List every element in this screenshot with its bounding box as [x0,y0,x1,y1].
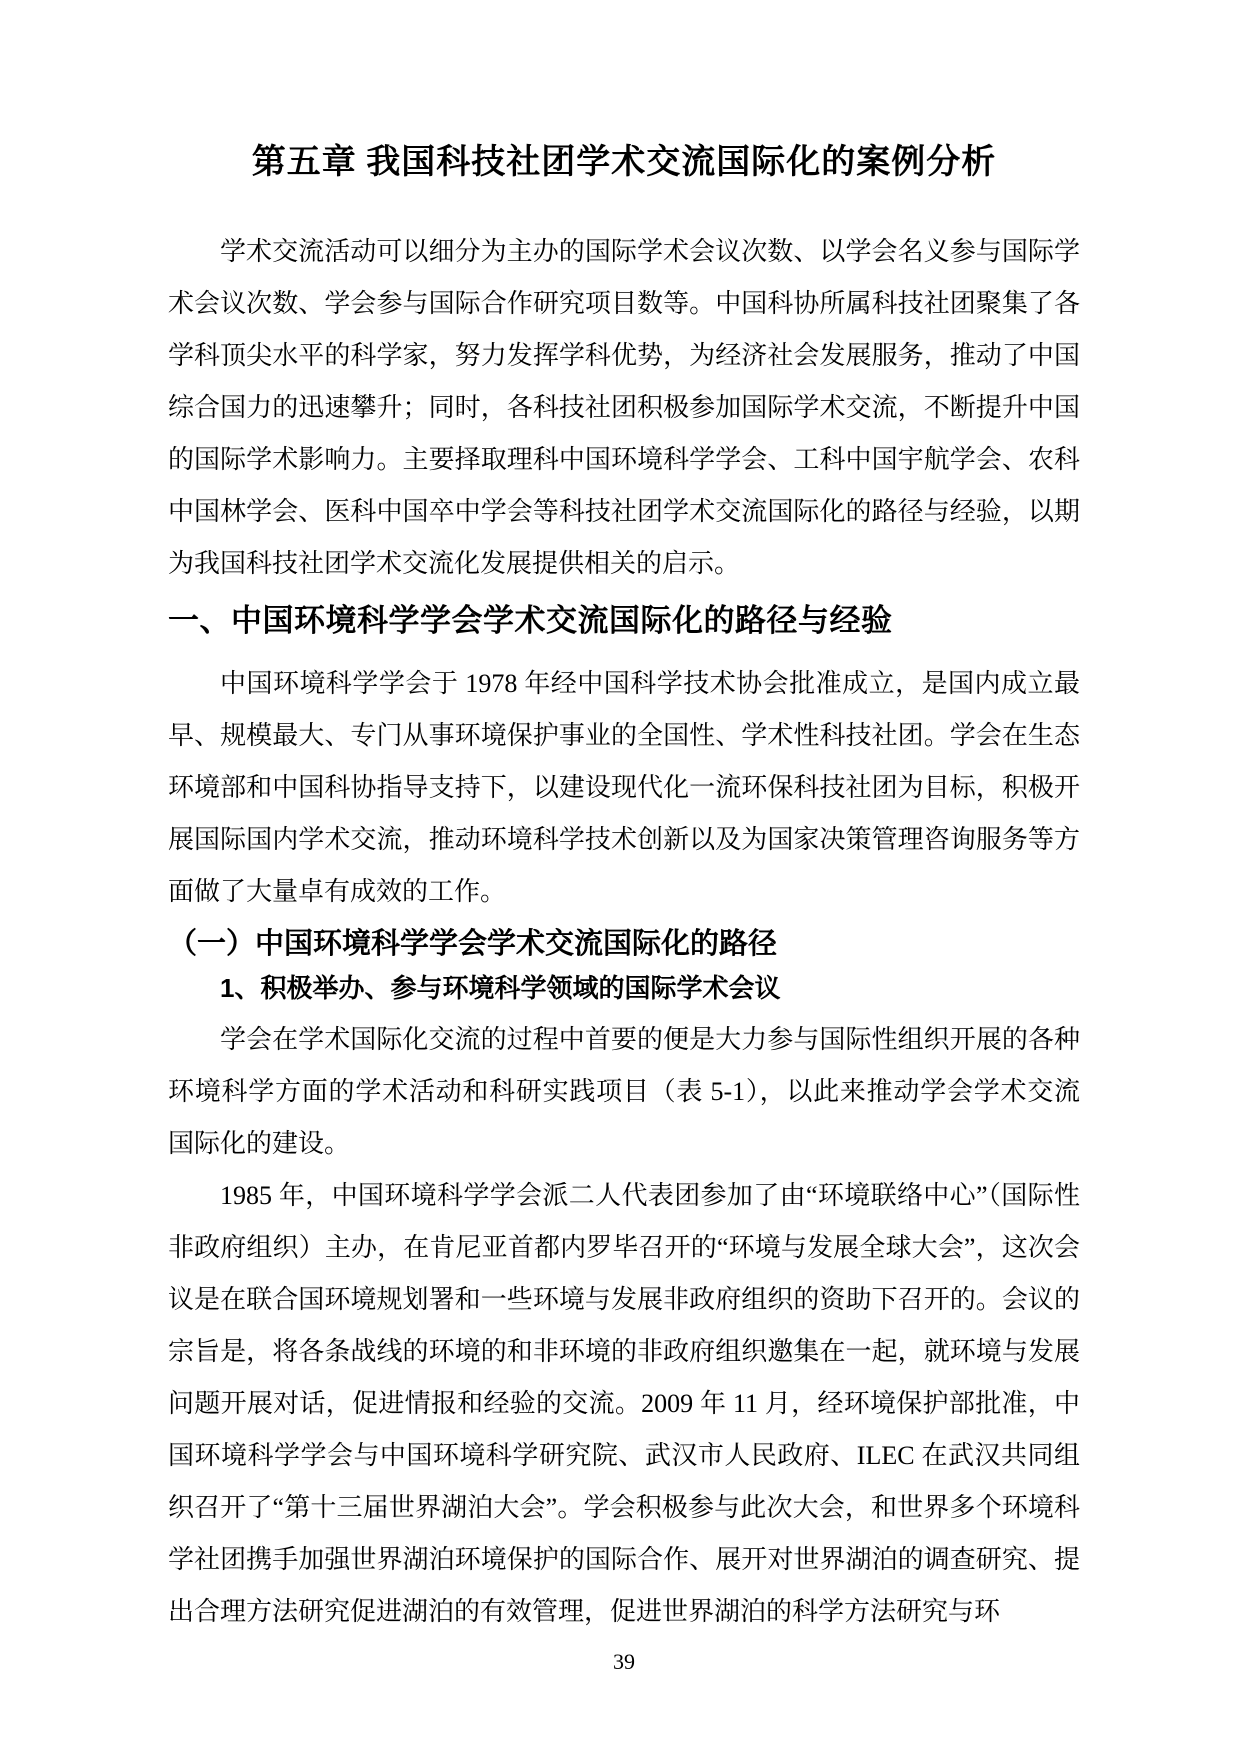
point1-heading: 1、积极举办、参与环境科学领域的国际学术会议 [168,970,1080,1006]
section1-heading: 一、中国环境科学学会学术交流国际化的路径与经验 [168,600,1080,642]
point1-paragraph-1: 学会在学术国际化交流的过程中首要的便是大力参与国际性组织开展的各种环境科学方面的… [168,1014,1080,1170]
chapter-title: 第五章 我国科技社团学术交流国际化的案例分析 [168,140,1080,186]
document-page: 第五章 我国科技社团学术交流国际化的案例分析 学术交流活动可以细分为主办的国际学… [0,0,1240,1753]
subsection1-heading: （一）中国环境科学学会学术交流国际化的路径 [168,924,1080,964]
section1-paragraph: 中国环境科学学会于 1978 年经中国科学技术协会批准成立，是国内成立最早、规模… [168,658,1080,918]
intro-paragraph: 学术交流活动可以细分为主办的国际学术会议次数、以学会名义参与国际学术会议次数、学… [168,226,1080,590]
point1-paragraph-2: 1985 年，中国环境科学学会派二人代表团参加了由“环境联络中心”（国际性非政府… [168,1170,1080,1638]
page-number: 39 [168,1648,1080,1676]
